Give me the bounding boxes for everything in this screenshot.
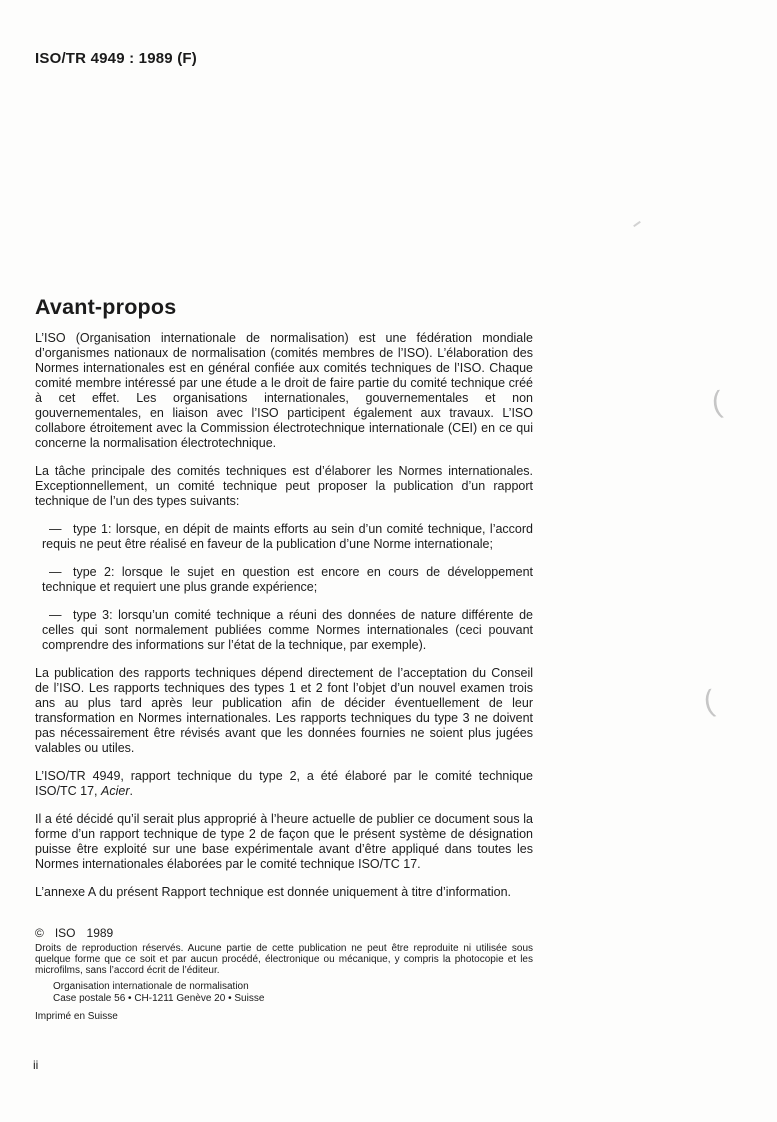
- committee-name-italic: Acier: [101, 784, 129, 798]
- paragraph-tr-origin: L’ISO/TR 4949, rapport technique du type…: [35, 769, 533, 799]
- bullet-text: type 3: lorsqu’un comité technique a réu…: [42, 608, 533, 652]
- paragraph-annex-note: L’annexe A du présent Rapport technique …: [35, 885, 533, 900]
- bullet-type-2: —type 2: lorsque le sujet en question es…: [42, 565, 533, 595]
- scan-artifact-paren-2: (: [701, 684, 717, 719]
- copyright-symbol: ©: [35, 926, 44, 940]
- publisher-name: Organisation internationale de normalisa…: [53, 981, 533, 992]
- bullet-dash: —: [49, 565, 73, 580]
- copyright-year: 1989: [87, 926, 114, 940]
- rights-notice: Droits de reproduction réservés. Aucune …: [35, 944, 533, 976]
- imprint-block: ©ISO1989 Droits de reproduction réservés…: [35, 926, 533, 1022]
- publisher-address: Case postale 56 • CH-1211 Genève 20 • Su…: [53, 993, 533, 1004]
- paragraph-iso-description: L’ISO (Organisation internationale de no…: [35, 331, 533, 451]
- scan-artifact-paren-1: (: [710, 385, 725, 420]
- page-number: ii: [33, 1058, 38, 1072]
- bullet-type-1: —type 1: lorsque, en dépit de maints eff…: [42, 522, 533, 552]
- foreword-title: Avant-propos: [35, 295, 533, 320]
- paragraph-decision: Il a été décidé qu’il serait plus approp…: [35, 812, 533, 872]
- tr-origin-period: .: [129, 784, 132, 798]
- document-reference: ISO/TR 4949 : 1989 (F): [35, 50, 533, 67]
- paragraph-committee-task: La tâche principale des comités techniqu…: [35, 464, 533, 509]
- copyright-owner: ISO: [55, 926, 76, 940]
- bullet-text: type 1: lorsque, en dépit de maints effo…: [42, 522, 533, 551]
- bullet-type-3: —type 3: lorsqu’un comité technique a ré…: [42, 608, 533, 653]
- paragraph-publication-approval: La publication des rapports techniques d…: [35, 666, 533, 756]
- text-column: ISO/TR 4949 : 1989 (F) Avant-propos L’IS…: [35, 0, 533, 1022]
- copyright-line: ©ISO1989: [35, 926, 533, 940]
- bullet-dash: —: [49, 608, 73, 623]
- bullet-dash: —: [49, 522, 73, 537]
- bullet-text: type 2: lorsque le sujet en question est…: [42, 565, 533, 594]
- scan-artifact-speck: [633, 221, 641, 227]
- document-page: ISO/TR 4949 : 1989 (F) Avant-propos L’IS…: [0, 0, 777, 1122]
- printed-in-note: Imprimé en Suisse: [35, 1011, 533, 1022]
- publisher-block: Organisation internationale de normalisa…: [53, 981, 533, 1003]
